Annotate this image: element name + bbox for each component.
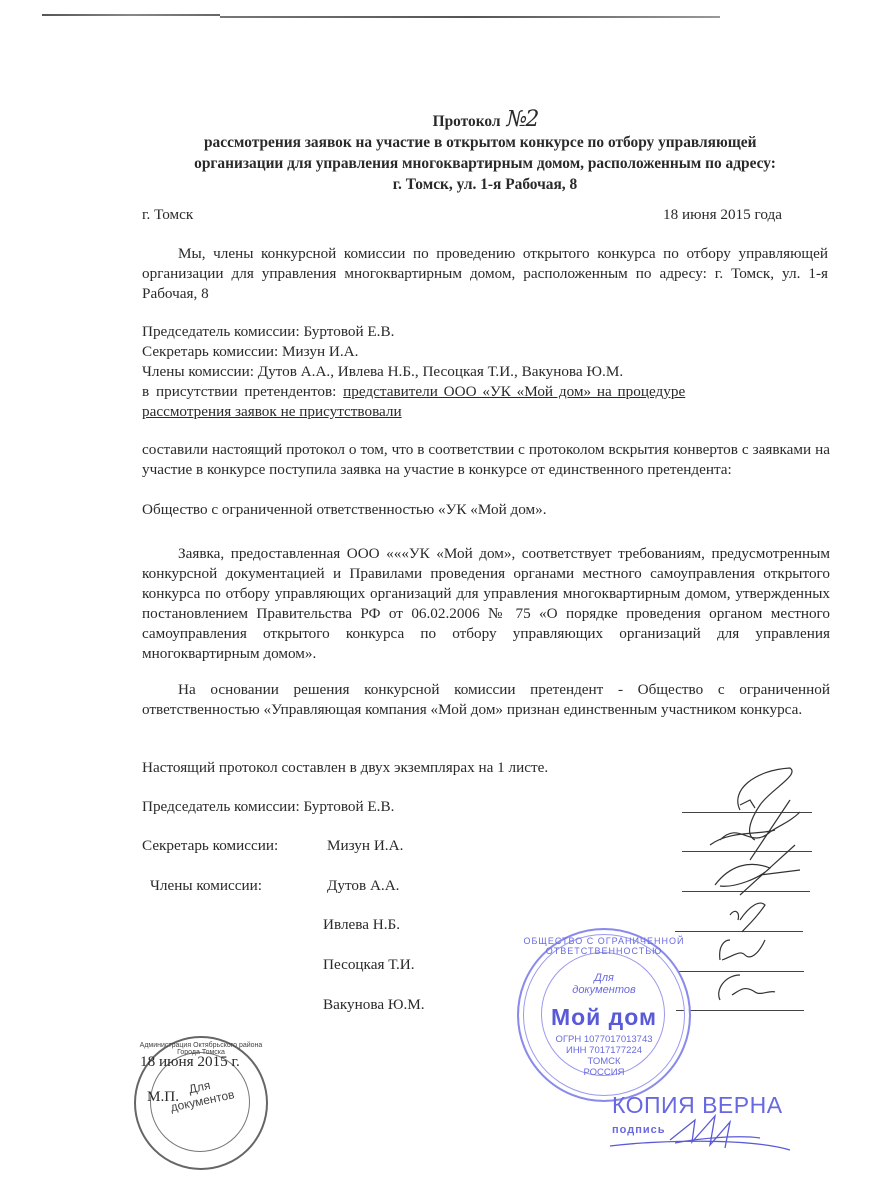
document-title: Протокол№2 рассмотрения заявок на участи… <box>140 109 830 195</box>
presence-line: в присутствии претендентов: представител… <box>142 382 832 402</box>
commission-block: Председатель комиссии: Буртовой Е.В. Сек… <box>142 322 832 422</box>
handwritten-number: №2 <box>507 107 538 132</box>
title-line-protocol: Протокол№2 <box>140 109 830 132</box>
compiled-paragraph: составили настоящий протокол о том, что … <box>142 440 830 480</box>
sig-secretary-label: Секретарь комиссии: <box>142 836 278 856</box>
place: г. Томск <box>142 205 193 225</box>
sig-secretary-name: Мизун И.А. <box>327 836 403 856</box>
title-line-2: организации для управления многоквартирн… <box>140 153 830 174</box>
members-line: Члены комиссии: Дутов А.А., Ивлева Н.Б.,… <box>142 362 832 382</box>
sig-members-label: Члены комиссии: <box>150 876 262 896</box>
title-line-3: г. Томск, ул. 1-я Рабочая, 8 <box>140 174 830 195</box>
company-seal: ОБЩЕСТВО С ОГРАНИЧЕННОЙ ОТВЕТСТВЕННОСТЬЮ… <box>517 928 691 1102</box>
mp-mark: М.П. <box>147 1087 179 1107</box>
sig-member: Песоцкая Т.И. <box>323 955 415 975</box>
secretary-line: Секретарь комиссии: Мизун И.А. <box>142 342 832 362</box>
application-paragraph: Заявка, предоставленная ООО «««УК «Мой д… <box>142 544 830 664</box>
sig-member: Дутов А.А. <box>327 876 399 896</box>
seal-company-name: Мой дом <box>519 1004 689 1031</box>
footer-date: 18 июня 2015 г. <box>140 1052 240 1072</box>
presence-value: представители ООО «УК «Мой дом» на проце… <box>343 383 685 400</box>
intro-paragraph: Мы, члены конкурсной комиссии по проведе… <box>142 244 828 304</box>
copies-statement: Настоящий протокол составлен в двух экзе… <box>142 758 548 778</box>
sig-member: Ивлева Н.Б. <box>323 915 400 935</box>
applicant-name: Общество с ограниченной ответственностью… <box>142 500 547 520</box>
decision-paragraph: На основании решения конкурсной комиссии… <box>142 680 830 720</box>
sig-chairman-label: Председатель комиссии: Буртовой Е.В. <box>142 797 394 817</box>
chairman-line: Председатель комиссии: Буртовой Е.В. <box>142 322 832 342</box>
title-line-1: рассмотрения заявок на участие в открыто… <box>140 132 830 153</box>
sig-member: Вакунова Ю.М. <box>323 995 425 1015</box>
scan-edge-line <box>42 14 220 16</box>
scan-edge-line <box>220 16 720 18</box>
presence-value-cont: рассмотрения заявок не присутствовали <box>142 402 832 422</box>
copy-signature-icon <box>600 1110 800 1160</box>
date: 18 июня 2015 года <box>663 205 782 225</box>
